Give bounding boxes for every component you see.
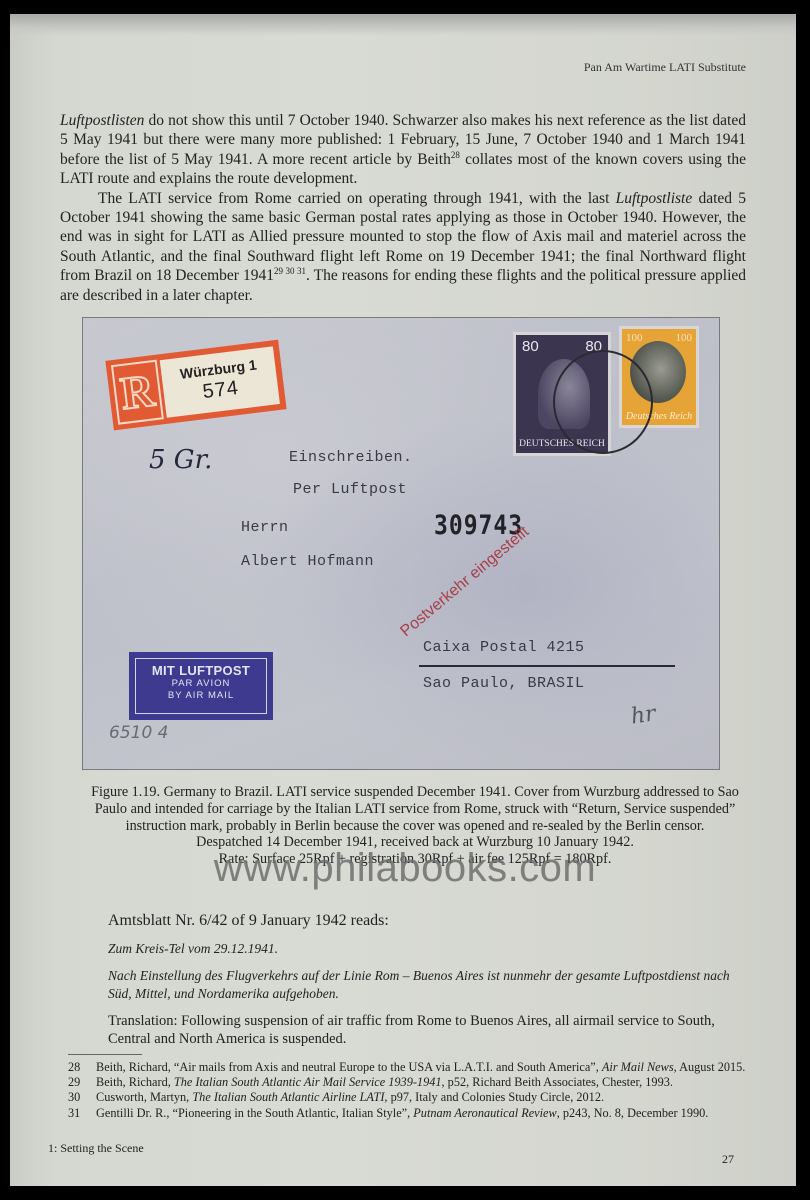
- book-page: Pan Am Wartime LATI Substitute Luftpostl…: [10, 14, 796, 1186]
- footnotes: 28Beith, Richard, “Air mails from Axis a…: [68, 1060, 768, 1121]
- quote-translation: Translation: Following suspension of air…: [108, 1012, 748, 1048]
- pencil-note: 6510 4: [109, 723, 168, 743]
- registration-letter: R: [111, 360, 164, 425]
- amtsblatt-quote: Amtsblatt Nr. 6/42 of 9 January 1942 rea…: [108, 912, 748, 1057]
- paragraph-1: Luftpostlisten do not show this until 7 …: [60, 111, 746, 189]
- typed-address-2: Sao Paulo, BRASIL: [423, 675, 585, 692]
- quote-german-1: Zum Kreis-Tel vom 29.12.1941.: [108, 940, 748, 958]
- running-header: Pan Am Wartime LATI Substitute: [584, 60, 746, 75]
- footnote-29: 29Beith, Richard, The Italian South Atla…: [68, 1075, 768, 1090]
- typed-address-1: Caixa Postal 4215: [423, 639, 585, 656]
- typed-recipient: Albert Hofmann: [241, 553, 374, 570]
- footnote-28: 28Beith, Richard, “Air mails from Axis a…: [68, 1060, 768, 1075]
- typed-per-luftpost: Per Luftpost: [293, 481, 407, 498]
- footer-chapter: 1: Setting the Scene: [48, 1141, 144, 1156]
- paragraph-2: The LATI service from Rome carried on op…: [60, 189, 746, 305]
- handwritten-initials: hr: [629, 701, 657, 729]
- typed-einschreiben: Einschreiben.: [289, 449, 413, 466]
- postmark-circle: [553, 350, 653, 454]
- quote-heading: Amtsblatt Nr. 6/42 of 9 January 1942 rea…: [108, 912, 748, 930]
- footnote-31: 31Gentilli Dr. R., “Pioneering in the So…: [68, 1106, 768, 1121]
- figure-cover-image: R Würzburg 1 574 80 80 DEUTSCHES REICH 1…: [82, 317, 720, 770]
- quote-german-2: Nach Einstellung des Flugverkehrs auf de…: [108, 967, 748, 1003]
- footnote-divider: [68, 1054, 142, 1055]
- typed-salutation: Herrn: [241, 519, 289, 536]
- address-underline: [419, 665, 675, 667]
- footnote-30: 30Cusworth, Martyn, The Italian South At…: [68, 1090, 768, 1105]
- airmail-label: MIT LUFTPOST PAR AVION BY AIR MAIL: [129, 652, 273, 720]
- page-number: 27: [722, 1152, 734, 1167]
- handwritten-note: 5 Gr.: [149, 445, 212, 475]
- watermark: www.philabooks.com: [0, 846, 810, 891]
- body-text: Luftpostlisten do not show this until 7 …: [60, 111, 746, 305]
